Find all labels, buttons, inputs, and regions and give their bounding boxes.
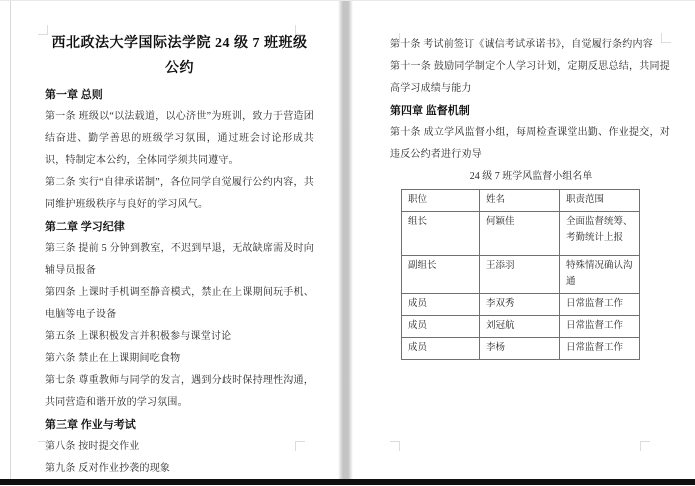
cell-duty: 日常监督工作 <box>560 338 640 360</box>
margin-mark-bottom-right-p2 <box>640 441 650 451</box>
margin-mark-bottom-left-p2 <box>390 441 400 451</box>
doc-title: 西北政法大学国际法学院 24 级 7 班班级公约 <box>45 31 314 81</box>
margin-mark-bottom-left-p1 <box>38 441 48 451</box>
table-row: 组长 何颖佳 全面监督统筹、考勤统计上报 <box>402 212 640 256</box>
margin-mark-bottom-right-p1 <box>295 441 305 451</box>
table-row: 成员 李双秀 日常监督工作 <box>402 294 640 316</box>
article-2: 第二条 实行“自律承诺制”，各位同学自觉履行公约内容，共同维护班级秩序与良好的学… <box>45 172 314 216</box>
chapter-4-heading: 第四章 监督机制 <box>390 100 670 122</box>
document-two-page-view: 西北政法大学国际法学院 24 级 7 班班级公约 第一章 总则 第一条 班级以“… <box>0 0 695 486</box>
cell-name: 王添羽 <box>480 256 560 294</box>
article-7: 第七条 尊重教师与同学的发言，遇到分歧时保持理性沟通，共同营造和谐开放的学习氛围… <box>45 370 314 414</box>
cell-duty: 全面监督统筹、考勤统计上报 <box>560 212 640 256</box>
cell-position: 成员 <box>402 316 480 338</box>
cell-position: 副组长 <box>402 256 480 294</box>
page-1: 西北政法大学国际法学院 24 级 7 班班级公约 第一章 总则 第一条 班级以“… <box>11 1 338 479</box>
article-8: 第八条 按时提交作业 <box>45 436 314 458</box>
chapter-3-heading: 第三章 作业与考试 <box>45 414 314 436</box>
margin-mark-top-left-p2 <box>390 33 400 43</box>
article-4: 第四条 上课时手机调至静音模式，禁止在上课期间玩手机、电脑等电子设备 <box>45 282 314 326</box>
table-row: 成员 李杨 日常监督工作 <box>402 338 640 360</box>
page-2: 第十条 考试前签订《诚信考试承诺书》，自觉履行条约内容 第十一条 鼓励同学制定个… <box>353 1 695 479</box>
article-5: 第五条 上课积极发言并积极参与课堂讨论 <box>45 326 314 348</box>
cell-duty: 日常监督工作 <box>560 316 640 338</box>
article-10b: 第十条 成立学风监督小组，每周检查课堂出勤、作业提交，对违反公约者进行劝导 <box>390 122 670 166</box>
article-9: 第九条 反对作业抄袭的现象 <box>45 458 314 480</box>
header-duty: 职责范围 <box>560 190 640 212</box>
margin-mark-top-right-p1 <box>295 25 305 35</box>
cell-duty: 日常监督工作 <box>560 294 640 316</box>
table-row: 副组长 王添羽 特殊情况确认沟通 <box>402 256 640 294</box>
article-3: 第三条 提前 5 分钟到教室，不迟到早退，无故缺席需及时向辅导员报备 <box>45 238 314 282</box>
cell-position: 成员 <box>402 338 480 360</box>
cell-name: 李双秀 <box>480 294 560 316</box>
cell-name: 刘冠航 <box>480 316 560 338</box>
header-name: 姓名 <box>480 190 560 212</box>
article-1: 第一条 班级以“以法载道，以心济世”为班训，致力于营造团结奋进、勤学善思的班级学… <box>45 106 314 172</box>
cell-position: 组长 <box>402 212 480 256</box>
supervision-roster-table: 职位 姓名 职责范围 组长 何颖佳 全面监督统筹、考勤统计上报 副组长 王添羽 … <box>401 189 640 360</box>
article-10: 第十条 考试前签订《诚信考试承诺书》，自觉履行条约内容 <box>390 34 670 56</box>
chapter-1-heading: 第一章 总则 <box>45 84 314 106</box>
page-divider <box>338 1 353 480</box>
cell-name: 何颖佳 <box>480 212 560 256</box>
margin-mark-top-right-p2 <box>661 33 671 43</box>
table-row: 成员 刘冠航 日常监督工作 <box>402 316 640 338</box>
article-6: 第六条 禁止在上课期间吃食物 <box>45 348 314 370</box>
margin-mark-top-left-p1 <box>38 25 48 35</box>
roster-table-caption: 24 级 7 班学风监督小组名单 <box>392 166 670 188</box>
cell-position: 成员 <box>402 294 480 316</box>
article-11: 第十一条 鼓励同学制定个人学习计划，定期反思总结，共同提高学习成绩与能力 <box>390 56 670 100</box>
bottom-bar <box>0 479 695 485</box>
cell-name: 李杨 <box>480 338 560 360</box>
cell-duty: 特殊情况确认沟通 <box>560 256 640 294</box>
header-position: 职位 <box>402 190 480 212</box>
chapter-2-heading: 第二章 学习纪律 <box>45 216 314 238</box>
table-header-row: 职位 姓名 职责范围 <box>402 190 640 212</box>
